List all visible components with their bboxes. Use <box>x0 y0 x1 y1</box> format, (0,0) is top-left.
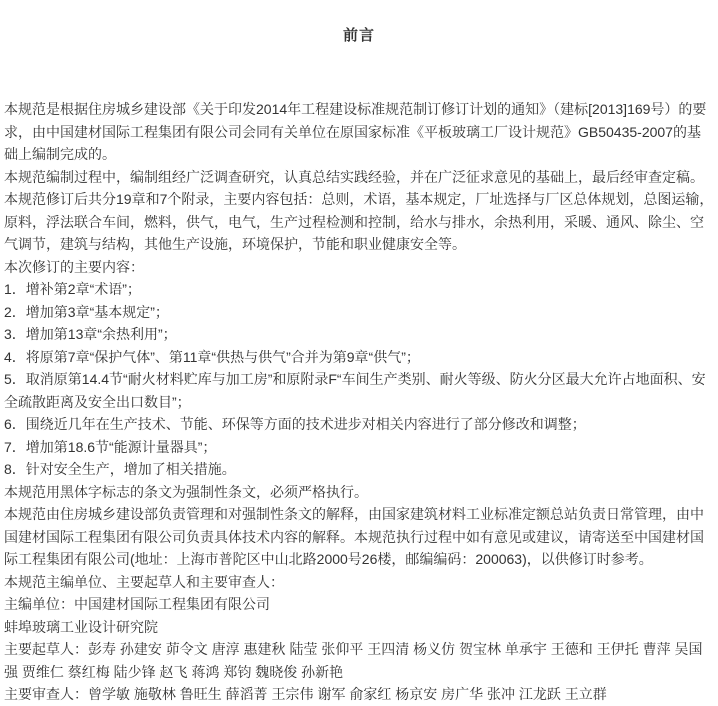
paragraph: 本规范是根据住房城乡建设部《关于印发2014年工程建设标准规范制订修订计划的通知… <box>4 98 714 166</box>
paragraph: 蚌埠玻璃工业设计研究院 <box>4 616 714 639</box>
page-title: 前言 <box>4 26 714 46</box>
paragraph: 2．增加第3章“基本规定”； <box>4 301 714 324</box>
paragraph: 4．将原第7章“保护气体”、第11章“供热与供气”合并为第9章“供气”； <box>4 346 714 369</box>
paragraph: 本规范由住房城乡建设部负责管理和对强制性条文的解释，由国家建筑材料工业标准定额总… <box>4 503 714 571</box>
paragraph: 主要审查人：曾学敏 施敬林 鲁旺生 薛滔菁 王宗伟 谢军 俞家红 杨京安 房广华… <box>4 683 714 706</box>
paragraph: 本规范主编单位、主要起草人和主要审查人： <box>4 571 714 594</box>
document-body: 本规范是根据住房城乡建设部《关于印发2014年工程建设标准规范制订修订计划的通知… <box>4 98 714 706</box>
paragraph: 5．取消原第14.4节“耐火材料贮库与加工房”和原附录F“车间生产类别、耐火等级… <box>4 368 714 413</box>
paragraph: 6．围绕近几年在生产技术、节能、环保等方面的技术进步对相关内容进行了部分修改和调… <box>4 413 714 436</box>
paragraph: 8．针对安全生产，增加了相关措施。 <box>4 458 714 481</box>
paragraph: 本规范修订后共分19章和7个附录，主要内容包括：总则，术语，基本规定，厂址选择与… <box>4 188 714 256</box>
paragraph: 本规范用黑体字标志的条文为强制性条文，必须严格执行。 <box>4 481 714 504</box>
paragraph: 3．增加第13章“余热利用”； <box>4 323 714 346</box>
paragraph: 本规范编制过程中，编制组经广泛调查研究，认真总结实践经验，并在广泛征求意见的基础… <box>4 166 714 189</box>
paragraph: 主要起草人：彭寿 孙建安 茆令文 唐淳 惠建秋 陆莹 张仰平 王四清 杨义仿 贺… <box>4 638 714 683</box>
paragraph: 本次修订的主要内容： <box>4 256 714 279</box>
paragraph: 7．增加第18.6节“能源计量器具”； <box>4 436 714 459</box>
paragraph: 1．增补第2章“术语”； <box>4 278 714 301</box>
document-page: 前言 本规范是根据住房城乡建设部《关于印发2014年工程建设标准规范制订修订计划… <box>0 0 718 706</box>
paragraph: 主编单位：中国建材国际工程集团有限公司 <box>4 593 714 616</box>
